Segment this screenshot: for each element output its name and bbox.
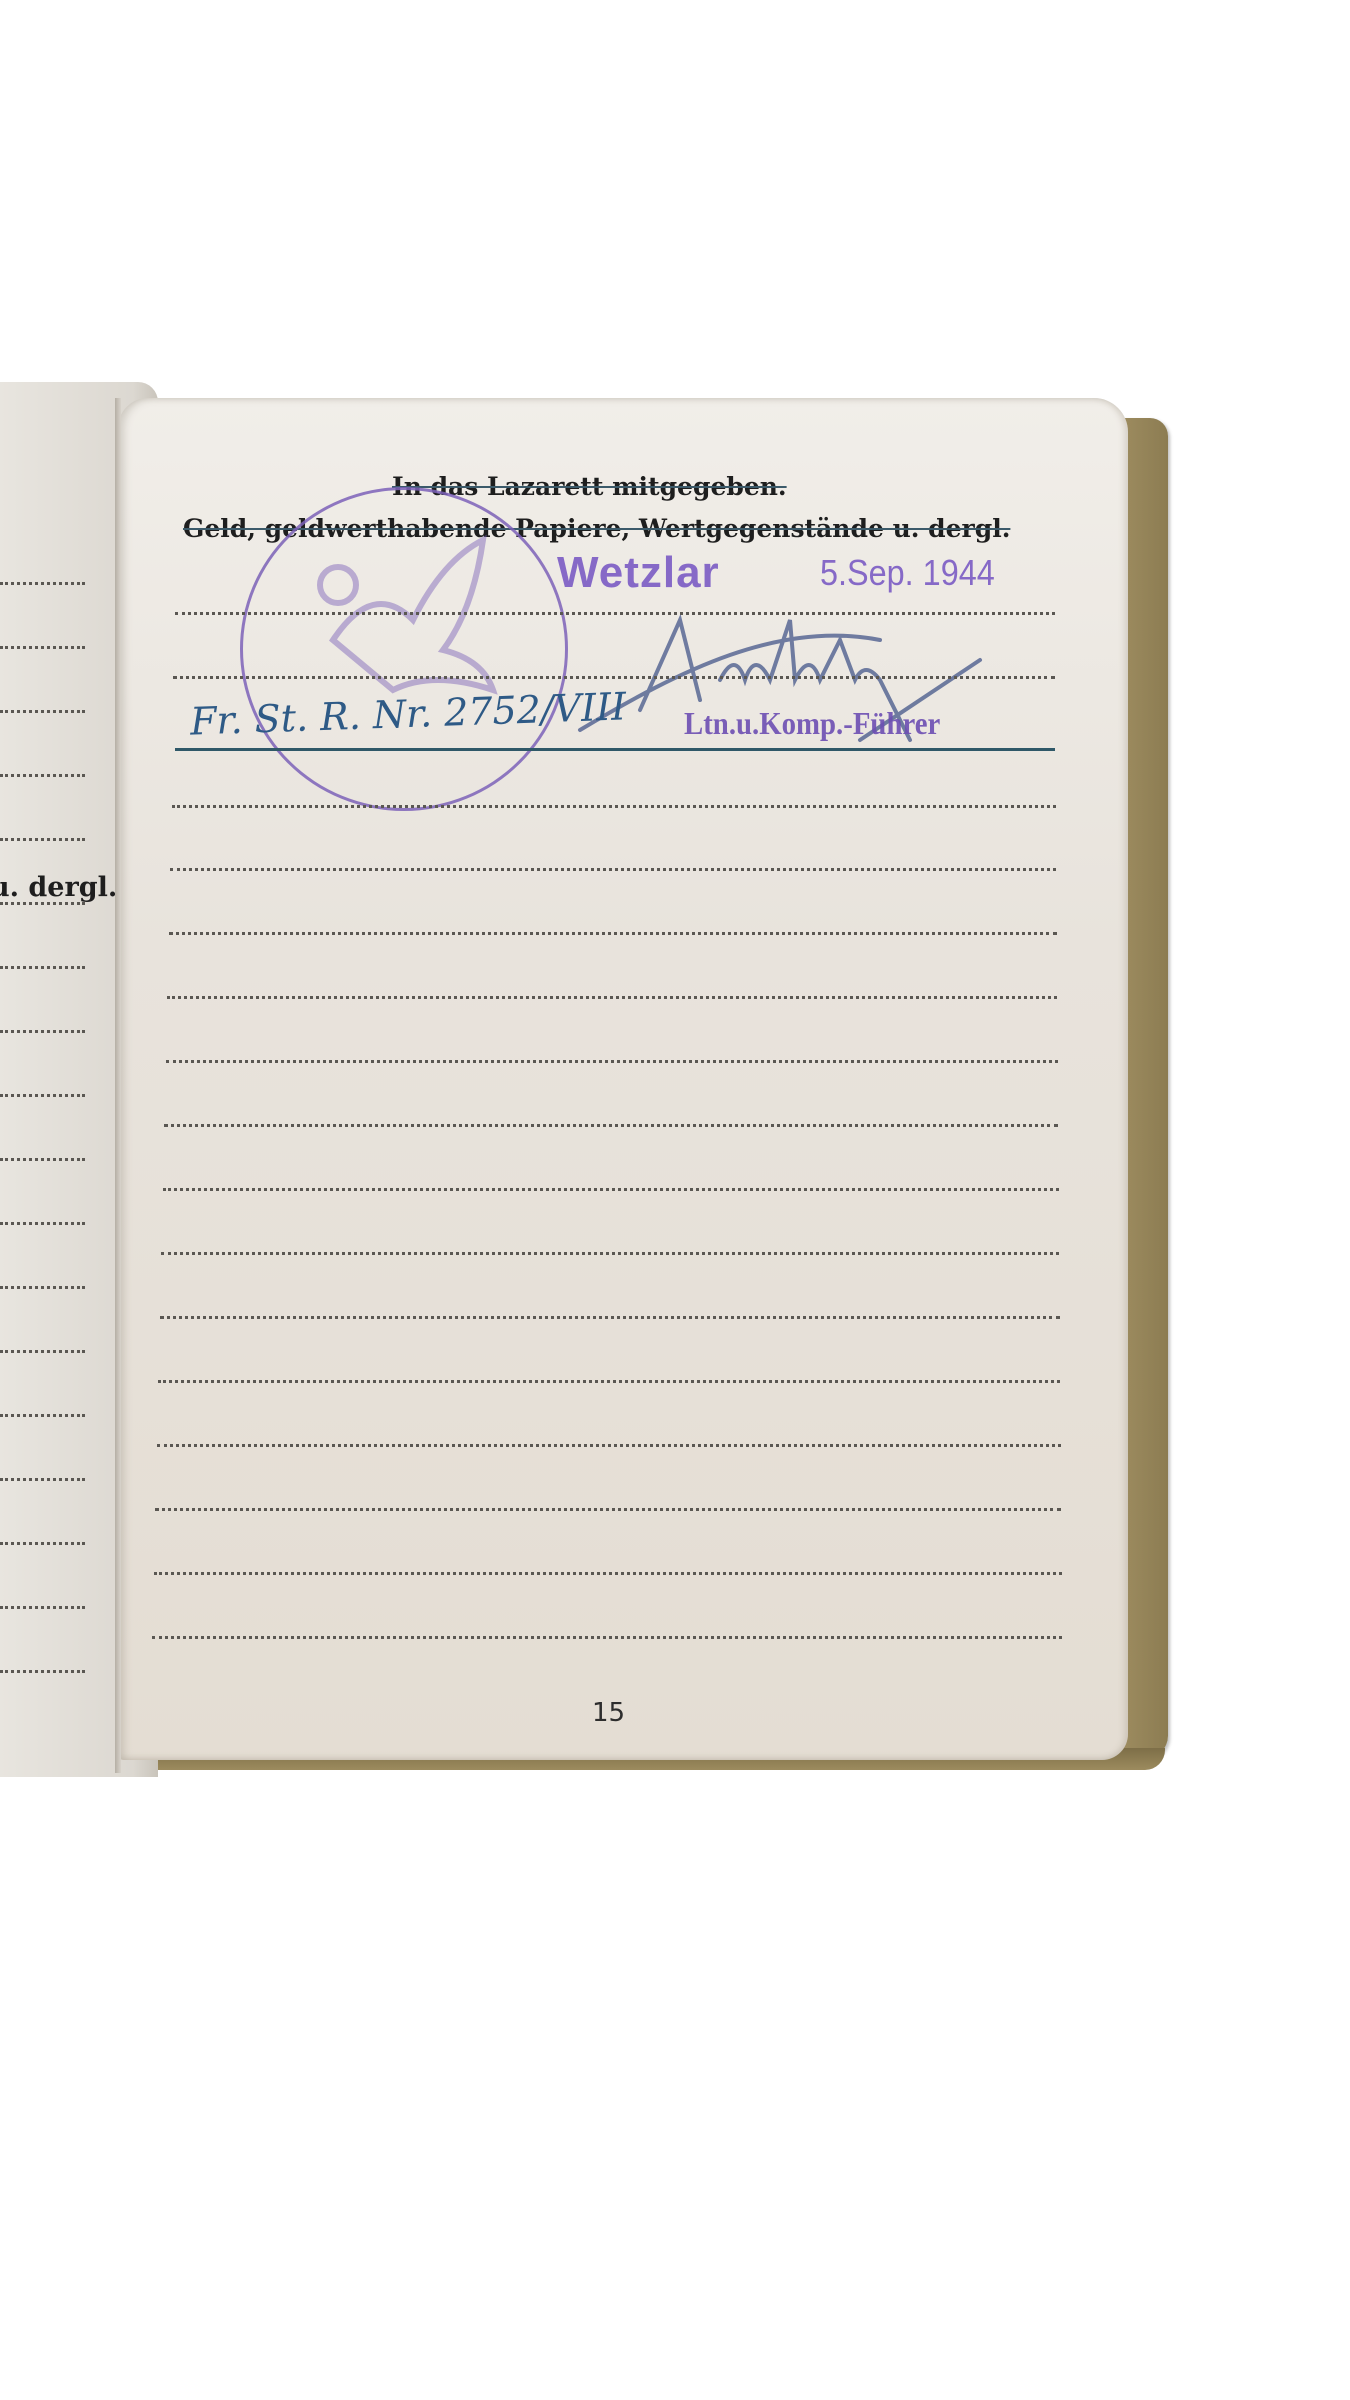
eagle-icon [243,490,565,808]
dotted-line [0,1670,85,1673]
dotted-line [154,1572,1062,1575]
dotted-line [170,868,1056,871]
dotted-line [0,838,85,841]
dotted-line [175,612,1055,615]
dotted-line [0,582,85,585]
dotted-line [0,710,85,713]
dotted-line [0,1094,85,1097]
dotted-line [0,646,85,649]
signature-rule [175,748,1055,751]
dotted-line [155,1508,1061,1511]
dotted-line [0,1606,85,1609]
dotted-line [0,966,85,969]
dotted-line [0,1158,85,1161]
page-number: 15 [592,1698,625,1728]
dotted-line [173,676,1055,679]
dotted-line [0,902,85,905]
round-seal-stamp [240,487,568,811]
dotted-line [0,1030,85,1033]
dotted-line [0,1350,85,1353]
dotted-line [160,1316,1060,1319]
dotted-line [164,1124,1058,1127]
dotted-line [0,1542,85,1545]
dotted-line [157,1444,1061,1447]
dotted-line [152,1636,1062,1639]
book-gutter [115,398,121,1773]
dotted-line [163,1188,1059,1191]
dotted-line [0,1286,85,1289]
dotted-line [161,1252,1059,1255]
dotted-line [0,1478,85,1481]
dotted-line [166,1060,1058,1063]
dotted-line [0,1414,85,1417]
dotted-line [172,805,1056,808]
dotted-line [167,996,1057,999]
rank-stamp: Ltn.u.Komp.-Führer [684,705,940,742]
dotted-line [0,774,85,777]
dotted-line [169,932,1057,935]
dotted-line [0,1222,85,1225]
dotted-line [158,1380,1060,1383]
left-page-header: u. dergl. [0,872,117,903]
